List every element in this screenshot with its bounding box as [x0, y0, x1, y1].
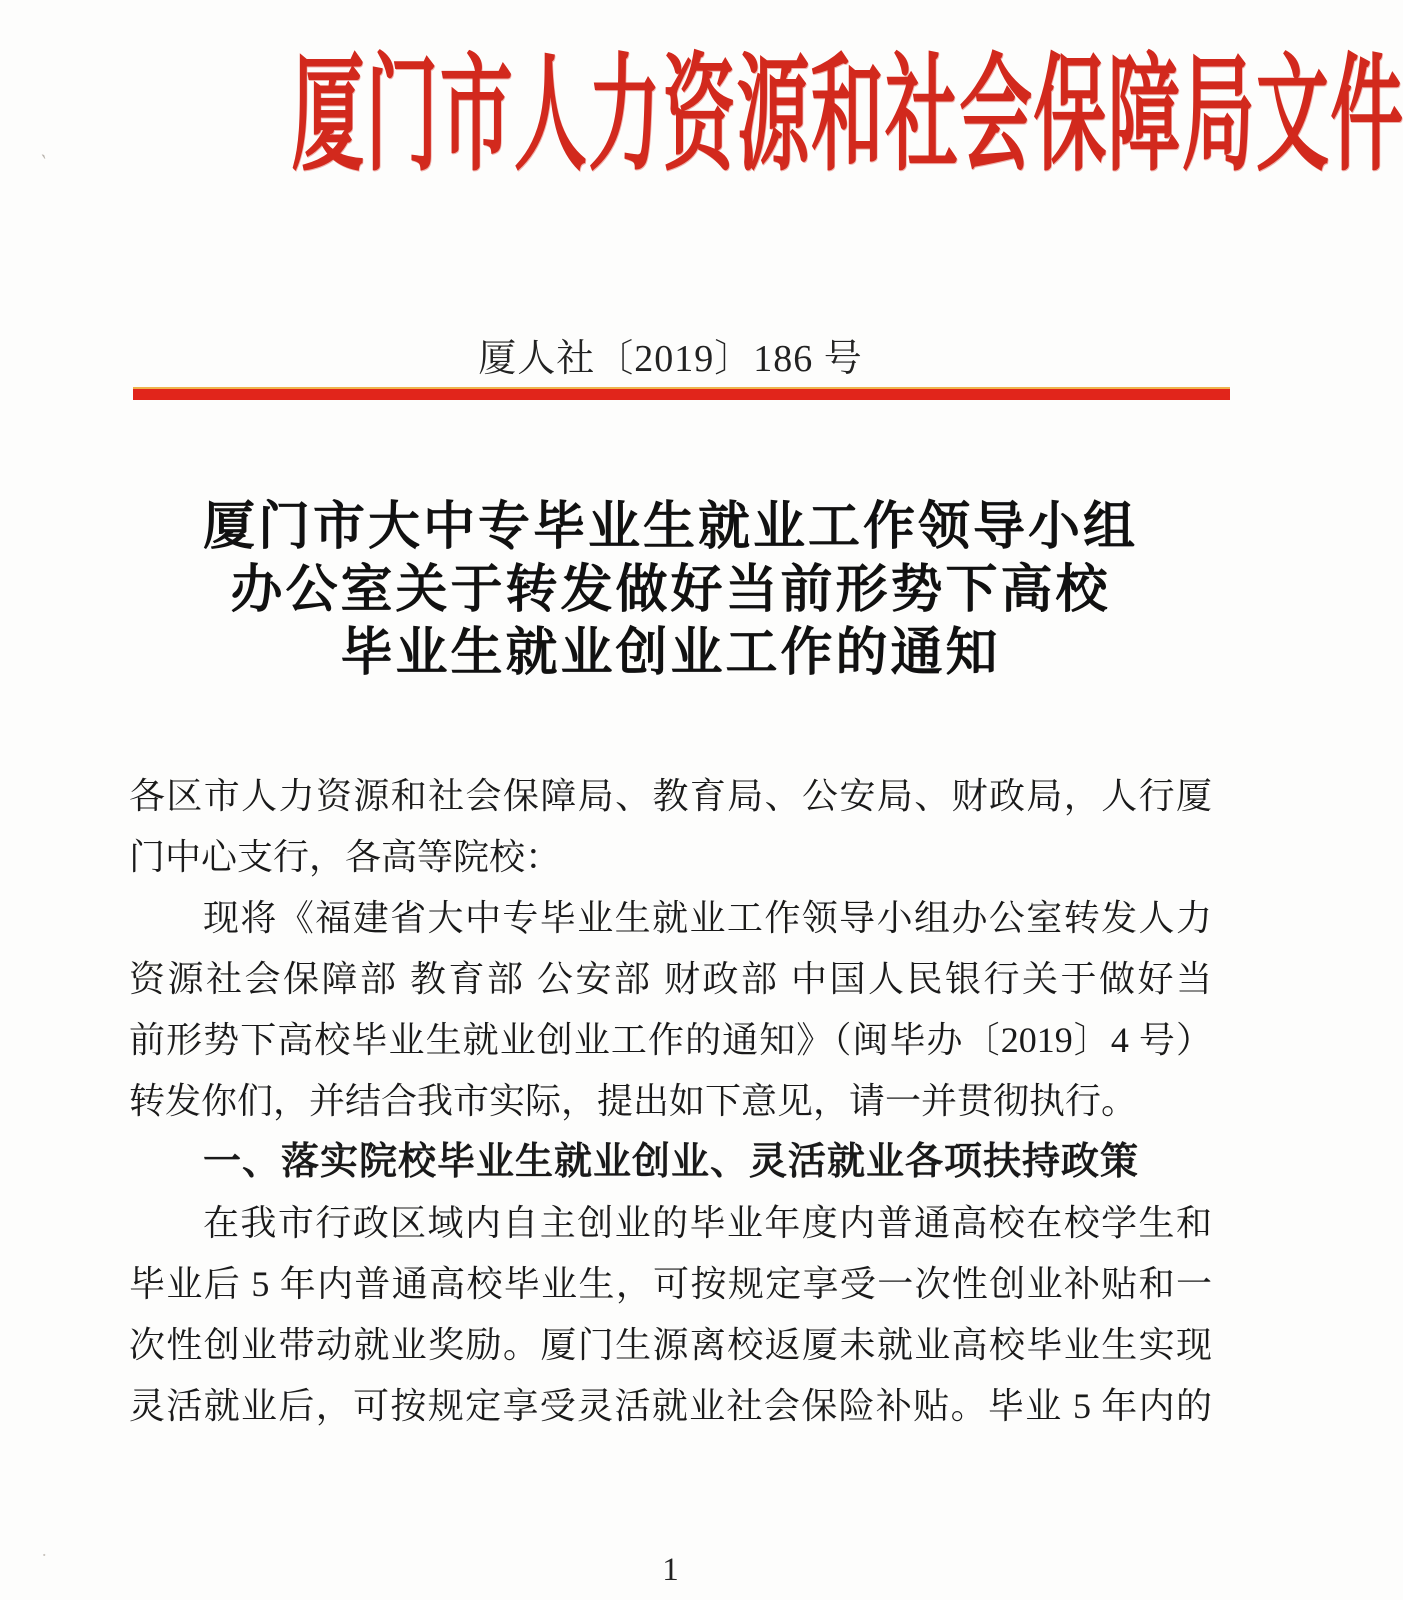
- document-content: 厦门市人力资源和社会保障局文件 厦人社〔2019〕186 号 厦门市大中专毕业生…: [129, 0, 1212, 1600]
- body-line-paragraph-2-cont-2: 次性创业带动就业奖励。厦门生源离校返厦未就业高校毕业生实现: [129, 1315, 1212, 1376]
- document-body: 各区市人力资源和社会保障局、教育局、公安局、财政局，人行厦 门中心支行，各高等院…: [129, 766, 1212, 1437]
- body-line-paragraph-1-start: 现将《福建省大中专毕业生就业工作领导小组办公室转发人力: [129, 888, 1212, 949]
- document-number: 厦人社〔2019〕186 号: [129, 327, 1212, 382]
- document-title: 厦门市大中专毕业生就业工作领导小组 办公室关于转发做好当前形势下高校 毕业生就业…: [129, 496, 1212, 685]
- scan-artifact-mark: `: [34, 150, 49, 177]
- body-line-salutation-2: 门中心支行，各高等院校：: [129, 827, 1212, 888]
- document-title-line-1: 厦门市大中专毕业生就业工作领导小组: [129, 496, 1212, 559]
- body-line-salutation-1: 各区市人力资源和社会保障局、教育局、公安局、财政局，人行厦: [129, 766, 1212, 827]
- body-line-paragraph-1-cont-2: 前形势下高校毕业生就业创业工作的通知》（闽毕办〔2019〕4 号）: [129, 1010, 1212, 1071]
- body-line-paragraph-2-cont-1: 毕业后 5 年内普通高校毕业生，可按规定享受一次性创业补贴和一: [129, 1254, 1212, 1315]
- body-line-paragraph-1-end: 转发你们，并结合我市实际，提出如下意见，请一并贯彻执行。: [129, 1071, 1212, 1132]
- document-title-line-2: 办公室关于转发做好当前形势下高校: [129, 559, 1212, 622]
- red-divider-line: [133, 387, 1230, 400]
- document-title-line-3: 毕业生就业创业工作的通知: [129, 622, 1212, 685]
- scan-artifact-dot: .: [42, 1540, 47, 1561]
- body-section-heading-1: 一、落实院校毕业生就业创业、灵活就业各项扶持政策: [129, 1132, 1212, 1193]
- document-page: 厦门市人力资源和社会保障局文件 厦人社〔2019〕186 号 厦门市大中专毕业生…: [0, 0, 1403, 1600]
- body-line-paragraph-2-cont-3: 灵活就业后，可按规定享受灵活就业社会保险补贴。毕业 5 年内的: [129, 1376, 1212, 1437]
- page-number: 1: [129, 1552, 1212, 1589]
- letterhead-banner: 厦门市人力资源和社会保障局文件: [291, 12, 1049, 195]
- body-line-paragraph-2-start: 在我市行政区域内自主创业的毕业年度内普通高校在校学生和: [129, 1193, 1212, 1254]
- body-line-paragraph-1-cont-1: 资源社会保障部 教育部 公安部 财政部 中国人民银行关于做好当: [129, 949, 1212, 1010]
